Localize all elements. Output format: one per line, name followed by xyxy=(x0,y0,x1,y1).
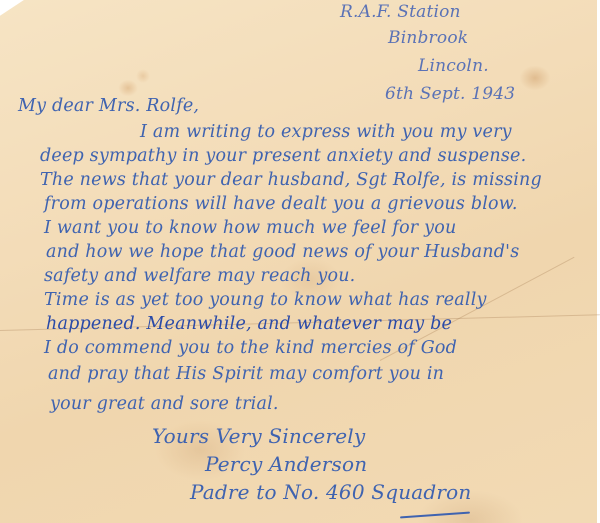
signature: Percy Anderson xyxy=(205,452,367,476)
body-line: from operations will have dealt you a gr… xyxy=(44,194,518,214)
body-line: your great and sore trial. xyxy=(50,394,279,414)
body-line: and how we hope that good news of your H… xyxy=(46,242,519,262)
body-line: The news that your dear husband, Sgt Rol… xyxy=(40,170,542,190)
body-line: I do commend you to the kind mercies of … xyxy=(44,338,457,358)
body-line: and pray that His Spirit may comfort you… xyxy=(48,364,444,384)
body-line: I am writing to express with you my very xyxy=(140,122,512,142)
body-line: I want you to know how much we feel for … xyxy=(44,218,456,238)
body-line: deep sympathy in your present anxiety an… xyxy=(40,146,526,166)
body-line: safety and welfare may reach you. xyxy=(44,266,355,286)
address-line-city: Lincoln. xyxy=(418,56,489,76)
signature-title: Padre to No. 460 Squadron xyxy=(190,480,472,504)
letter-date: 6th Sept. 1943 xyxy=(385,84,515,104)
address-line-station: R.A.F. Station xyxy=(340,2,461,22)
body-line: happened. Meanwhile, and whatever may be xyxy=(46,314,452,334)
salutation: My dear Mrs. Rolfe, xyxy=(18,96,199,116)
closing: Yours Very Sincerely xyxy=(152,424,365,448)
body-line: Time is as yet too young to know what ha… xyxy=(44,290,487,310)
address-line-town: Binbrook xyxy=(388,28,468,48)
